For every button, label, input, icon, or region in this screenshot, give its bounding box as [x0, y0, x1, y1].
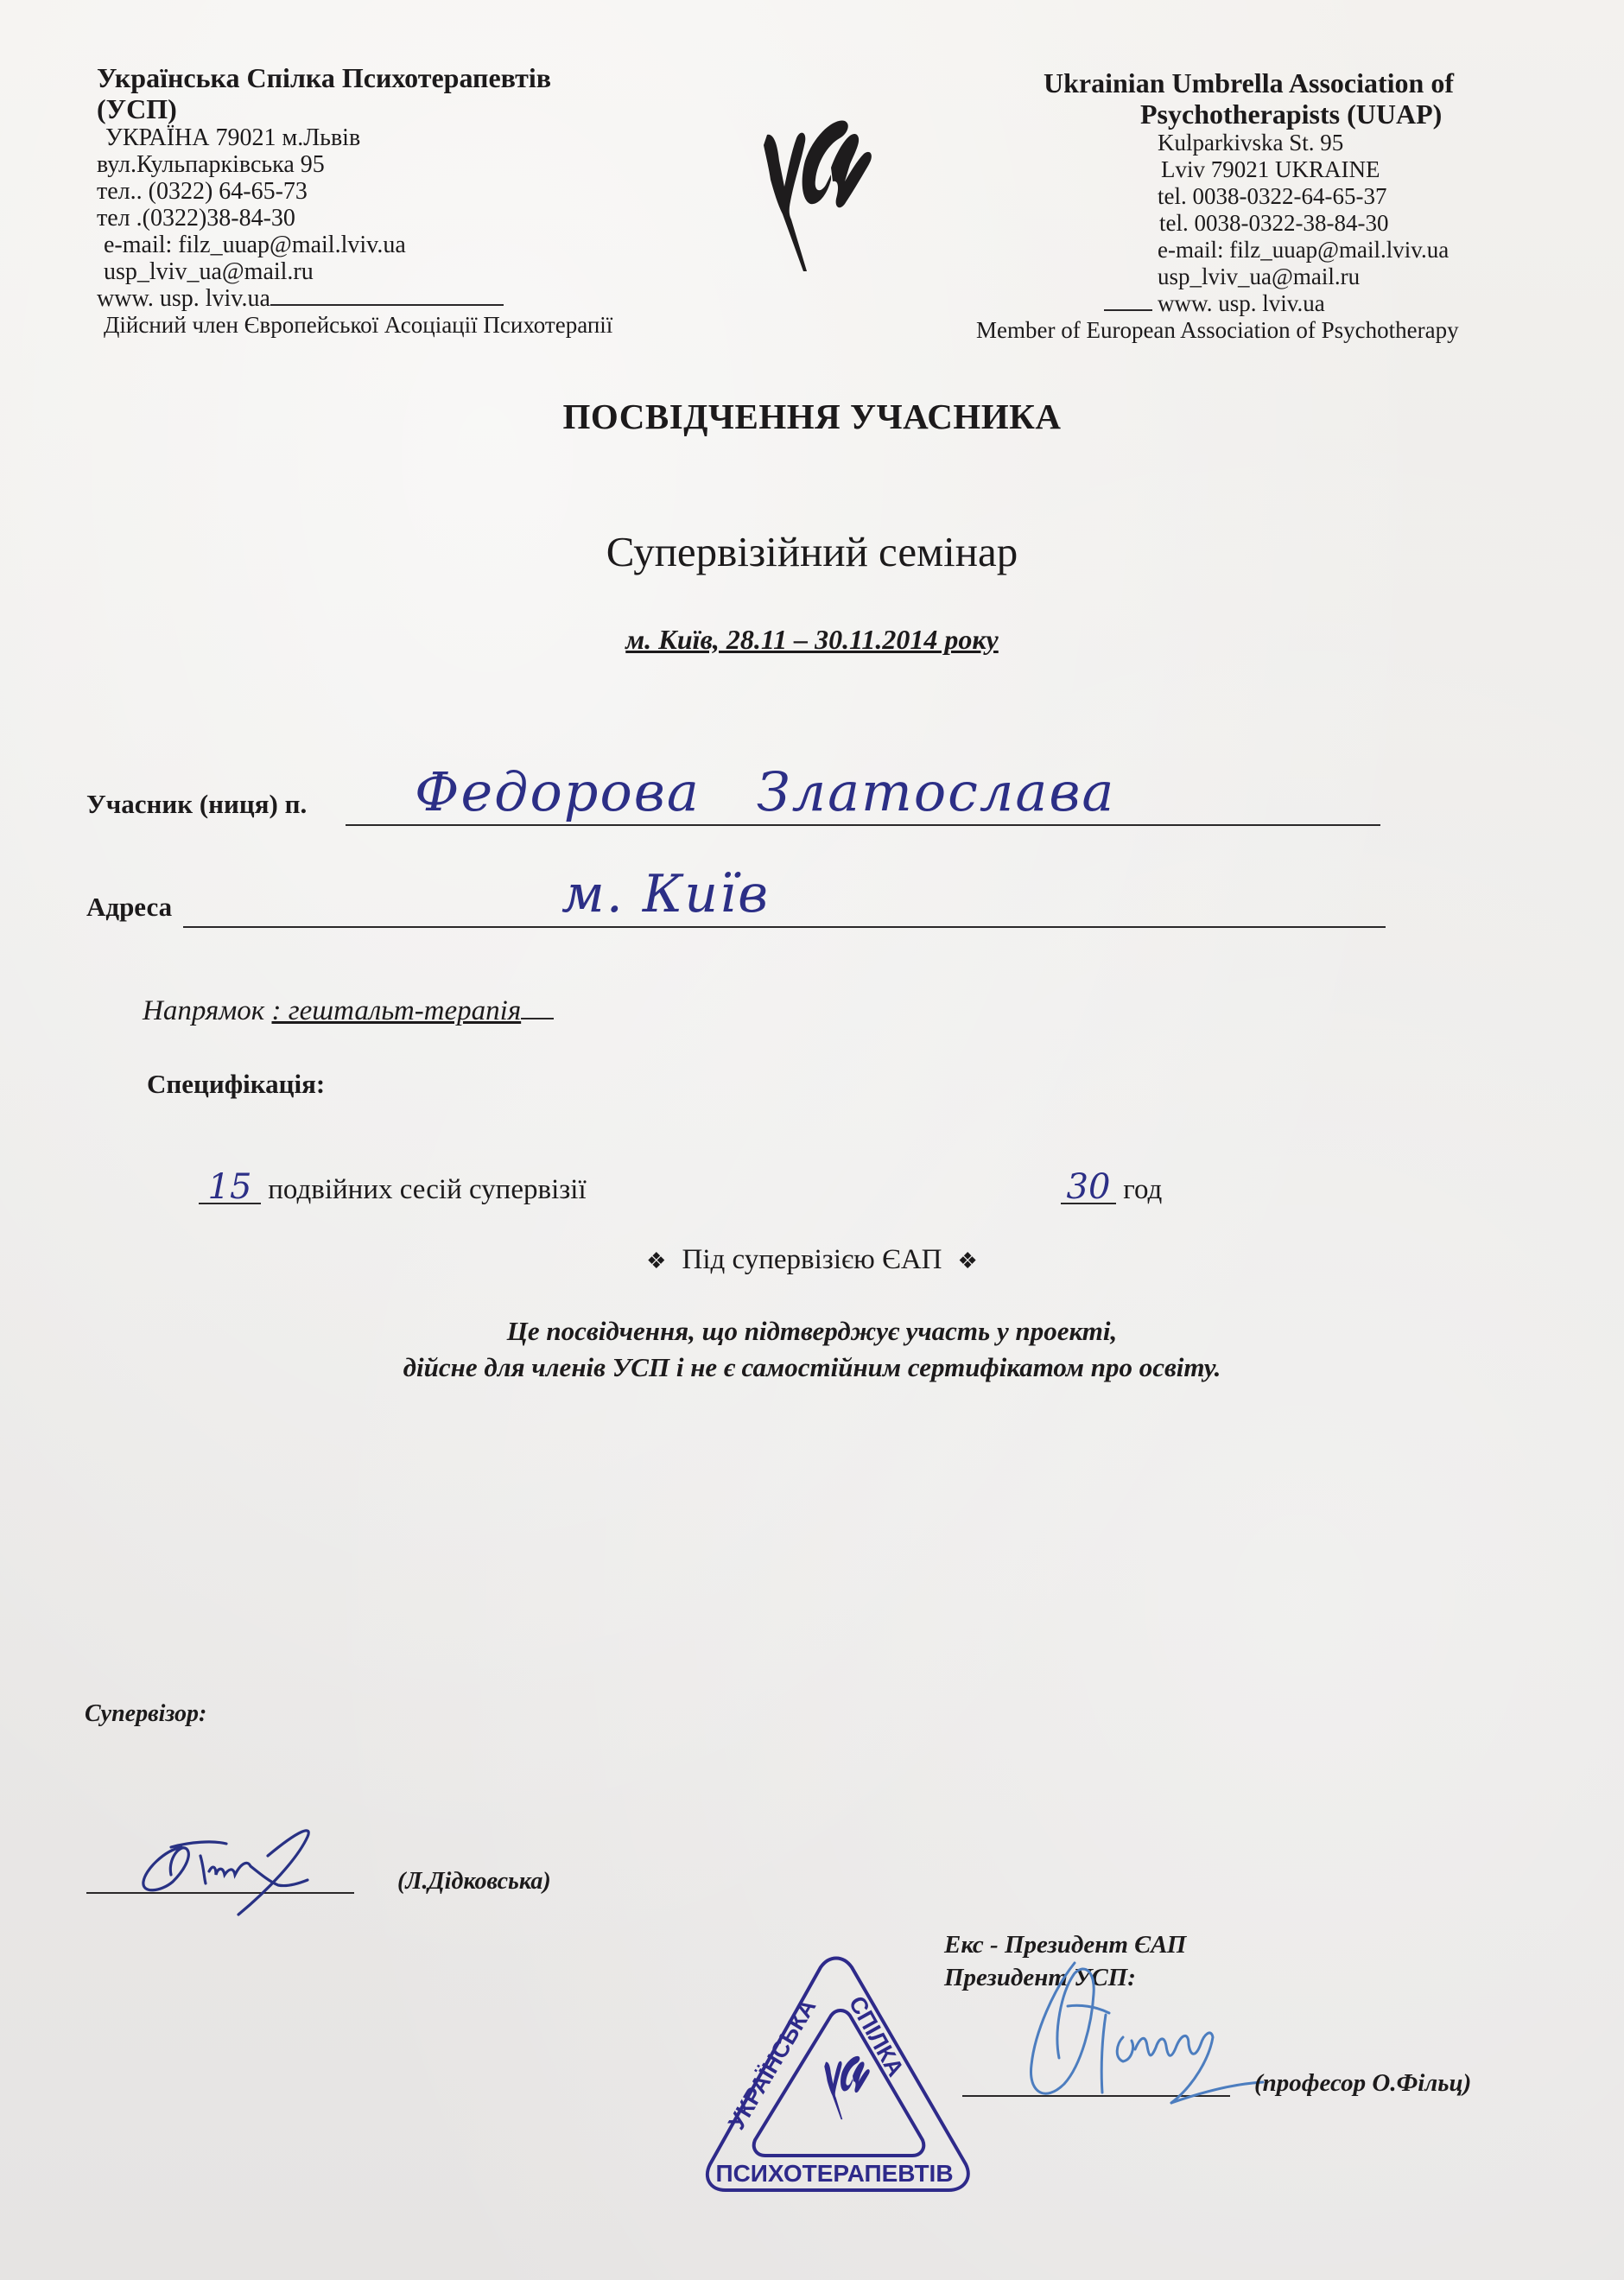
website-text: www. usp. lviv.ua [97, 285, 270, 312]
org-name-ua: Українська Спілка Психотерапевтів [97, 62, 701, 93]
membership-ua: Дійсний член Європейської Асоціації Псих… [104, 312, 701, 339]
fill-line [1104, 294, 1152, 311]
sessions-count-handwritten: 15 [199, 1172, 261, 1204]
website-text: www. usp. lviv.ua [1158, 290, 1325, 316]
place-date-text: м. Київ, 28.11 – 30.11.2014 року [625, 624, 999, 655]
direction-label: Напрямок [143, 995, 264, 1026]
membership-en: Member of European Association of Psycho… [976, 317, 1564, 344]
org-name-en-line1: Ukrainian Umbrella Association of [1044, 67, 1564, 98]
email-line: usp_lviv_ua@mail.ru [1158, 264, 1564, 290]
phone-line: тел .(0322)38-84-30 [97, 205, 701, 232]
email-line: e-mail: filz_uuap@mail.lviv.ua [1158, 237, 1564, 264]
document-title: ПОСВІДЧЕННЯ УЧАСНИКА [0, 396, 1624, 437]
direction-row: Напрямок : гештальт-терапія [143, 995, 554, 1027]
place-date: м. Київ, 28.11 – 30.11.2014 року [0, 624, 1624, 656]
email-line: usp_lviv_ua@mail.ru [104, 258, 701, 285]
stamp-logo-icon [824, 2056, 869, 2119]
hours-row: 30 год [1061, 1172, 1162, 1206]
address-line-field [183, 926, 1386, 928]
phone-line: tel. 0038-0322-64-65-37 [1158, 183, 1564, 210]
address-line: УКРАЇНА 79021 м.Львів [105, 124, 701, 151]
address-handwritten: м. Київ [561, 864, 770, 924]
stamp-text-bottom: ПСИХОТЕРАПЕВТІВ [715, 2160, 953, 2187]
address-line: вул.Кульпарківська 95 [97, 151, 701, 178]
header-left: Українська Спілка Психотерапевтів (УСП) … [97, 62, 701, 339]
participant-name-handwritten: Федорова Златослава [415, 760, 1115, 823]
participant-label: Учасник (ниця) п. [86, 789, 307, 820]
supervisor-name: (Л.Дідковська) [397, 1868, 551, 1896]
org-name-en-line2: Psychotherapists (UUAP) [1140, 98, 1564, 130]
participant-line [346, 824, 1380, 826]
eap-supervision: ❖Під супервізією ЄАП❖ [0, 1244, 1624, 1276]
diamond-icon: ❖ [646, 1248, 666, 1273]
email-line: e-mail: filz_uuap@mail.lviv.ua [104, 232, 701, 258]
header-right: Ukrainian Umbrella Association of Psycho… [976, 67, 1564, 344]
supervisor-signature-icon [130, 1821, 328, 1916]
seminar-title: Супервізійний семінар [0, 527, 1624, 576]
address-line: Kulparkivska St. 95 [1158, 130, 1564, 156]
eap-text: Під супервізією ЄАП [682, 1244, 942, 1275]
address-line: Lviv 79021 UKRAINE [1161, 156, 1564, 183]
fill-line [270, 289, 504, 306]
org-abbr-ua: (УСП) [97, 93, 701, 124]
disclaimer-line-1: Це посвідчення, що підтверджує участь у … [0, 1313, 1624, 1350]
disclaimer: Це посвідчення, що підтверджує участь у … [0, 1313, 1624, 1386]
direction-value: : гештальт-терапія [271, 995, 521, 1026]
supervisor-label: Супервізор: [85, 1700, 206, 1728]
president-signature-icon [1019, 1954, 1270, 2118]
president-name: (професор О.Фільц) [1254, 2069, 1471, 2098]
website-line: www. usp. lviv.ua [1104, 290, 1564, 317]
phone-line: tel. 0038-0322-38-84-30 [1159, 210, 1564, 237]
website-line: www. usp. lviv.ua [97, 285, 701, 312]
organization-stamp: УКРАЇНСЬКА СПІЛКА ПСИХОТЕРАПЕВТІВ [691, 1948, 976, 2199]
sessions-row: 15 подвійних сесій супервізії [199, 1172, 587, 1206]
phone-line: тел.. (0322) 64-65-73 [97, 178, 701, 205]
sessions-text: подвійних сесій супервізії [268, 1174, 586, 1205]
hours-count-handwritten: 30 [1061, 1172, 1116, 1204]
hours-unit: год [1123, 1174, 1162, 1205]
specification-label: Специфікація: [147, 1069, 325, 1100]
stamp-text-right: СПІЛКА [844, 1991, 909, 2080]
fill-line [521, 999, 554, 1019]
usp-logo-icon [734, 111, 881, 275]
disclaimer-line-2: дійсне для членів УСП і не є самостійним… [0, 1350, 1624, 1386]
address-label: Адреса [86, 892, 172, 923]
diamond-icon: ❖ [958, 1248, 978, 1273]
